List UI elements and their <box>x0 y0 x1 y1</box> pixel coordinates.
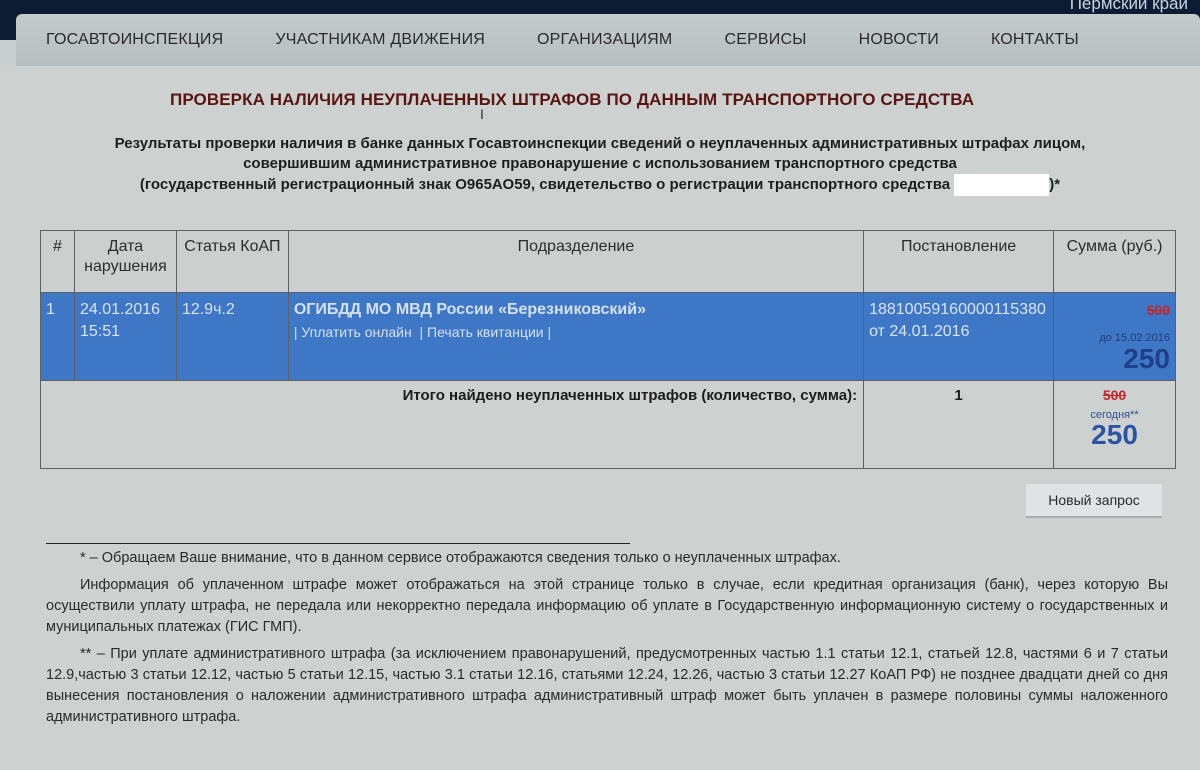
header-amount: Сумма (руб.) <box>1054 231 1176 293</box>
row-num: 1 <box>41 293 75 381</box>
row-time-value: 15:51 <box>80 321 171 343</box>
total-amount-today: 250 <box>1060 421 1169 449</box>
total-count: 1 <box>864 381 1054 469</box>
nav-item-contacts[interactable]: Контакты <box>991 31 1079 49</box>
footnote-divider <box>46 543 630 544</box>
subtitle-line-3-text: (государственный регистрационный знак О9… <box>140 176 950 193</box>
header-article: Статья КоАП <box>176 231 288 293</box>
nav-item-organizations[interactable]: Организациям <box>537 31 672 49</box>
text-cursor-icon: I <box>480 106 484 122</box>
pay-online-link[interactable]: Уплатить онлайн <box>301 324 411 340</box>
department-links: | Уплатить онлайн | Печать квитанции | <box>294 321 858 343</box>
header-resolution: Постановление <box>864 231 1054 293</box>
row-article: 12.9ч.2 <box>176 293 288 381</box>
row-department: ОГИБДД МО МВД России «Березниковский» | … <box>288 293 863 381</box>
resolution-number: 18810059160000115380 <box>869 299 1048 321</box>
row-date: 24.01.2016 15:51 <box>74 293 176 381</box>
nav-item-news[interactable]: Новости <box>859 31 939 49</box>
header-num: # <box>41 231 75 293</box>
amount-discount: 250 <box>1059 345 1170 373</box>
print-receipt-link[interactable]: Печать квитанции <box>427 324 544 340</box>
subtitle-end: )* <box>1049 176 1060 193</box>
note-1: * – Обращаем Ваше внимание, что в данном… <box>46 548 1168 569</box>
total-amount-full: 500 <box>1060 387 1169 403</box>
row-date-value: 24.01.2016 <box>80 299 171 321</box>
subtitle-line-3: (государственный регистрационный знак О9… <box>50 174 1150 196</box>
nav-item-participants[interactable]: Участникам движения <box>275 31 485 49</box>
header-date: Дата нарушения <box>74 231 176 293</box>
department-name: ОГИБДД МО МВД России «Березниковский» <box>294 299 858 321</box>
new-request-button[interactable]: Новый запрос <box>1026 484 1162 518</box>
subtitle-line-2: совершившим административное правонаруше… <box>50 154 1150 174</box>
main-nav: Госавтоинспекция Участникам движения Орг… <box>16 14 1200 66</box>
total-amount: 500 сегодня** 250 <box>1054 381 1176 469</box>
page-content: ПРОВЕРКА НАЛИЧИЯ НЕУПЛАЧЕННЫХ ШТРАФОВ ПО… <box>0 66 1200 770</box>
note-3: ** – При уплате административного штрафа… <box>46 644 1168 728</box>
redacted-certificate <box>954 174 1049 196</box>
row-amount: 500 до 15.02.2016 250 <box>1054 293 1176 381</box>
total-row: Итого найдено неуплаченных штрафов (коли… <box>41 381 1176 469</box>
page-title: ПРОВЕРКА НАЛИЧИЯ НЕУПЛАЧЕННЫХ ШТРАФОВ ПО… <box>170 90 974 110</box>
page-subtitle: Результаты проверки наличия в банке данн… <box>50 134 1150 196</box>
total-label: Итого найдено неуплаченных штрафов (коли… <box>41 381 864 469</box>
resolution-date: от 24.01.2016 <box>869 321 1048 343</box>
note-2: Информация об уплаченном штрафе может от… <box>46 575 1168 638</box>
amount-full: 500 <box>1059 299 1170 321</box>
nav-item-gosavtoinspekciya[interactable]: Госавтоинспекция <box>46 31 223 49</box>
subtitle-line-1: Результаты проверки наличия в банке данн… <box>50 134 1150 154</box>
region-label: Пермский край <box>1070 0 1188 14</box>
header-department: Подразделение <box>288 231 863 293</box>
table-header-row: # Дата нарушения Статья КоАП Подразделен… <box>41 231 1176 293</box>
nav-item-services[interactable]: Сервисы <box>724 31 806 49</box>
fines-table: # Дата нарушения Статья КоАП Подразделен… <box>40 230 1176 469</box>
table-row[interactable]: 1 24.01.2016 15:51 12.9ч.2 ОГИБДД МО МВД… <box>41 293 1176 381</box>
footnotes: * – Обращаем Ваше внимание, что в данном… <box>46 548 1168 734</box>
row-resolution: 18810059160000115380 от 24.01.2016 <box>864 293 1054 381</box>
